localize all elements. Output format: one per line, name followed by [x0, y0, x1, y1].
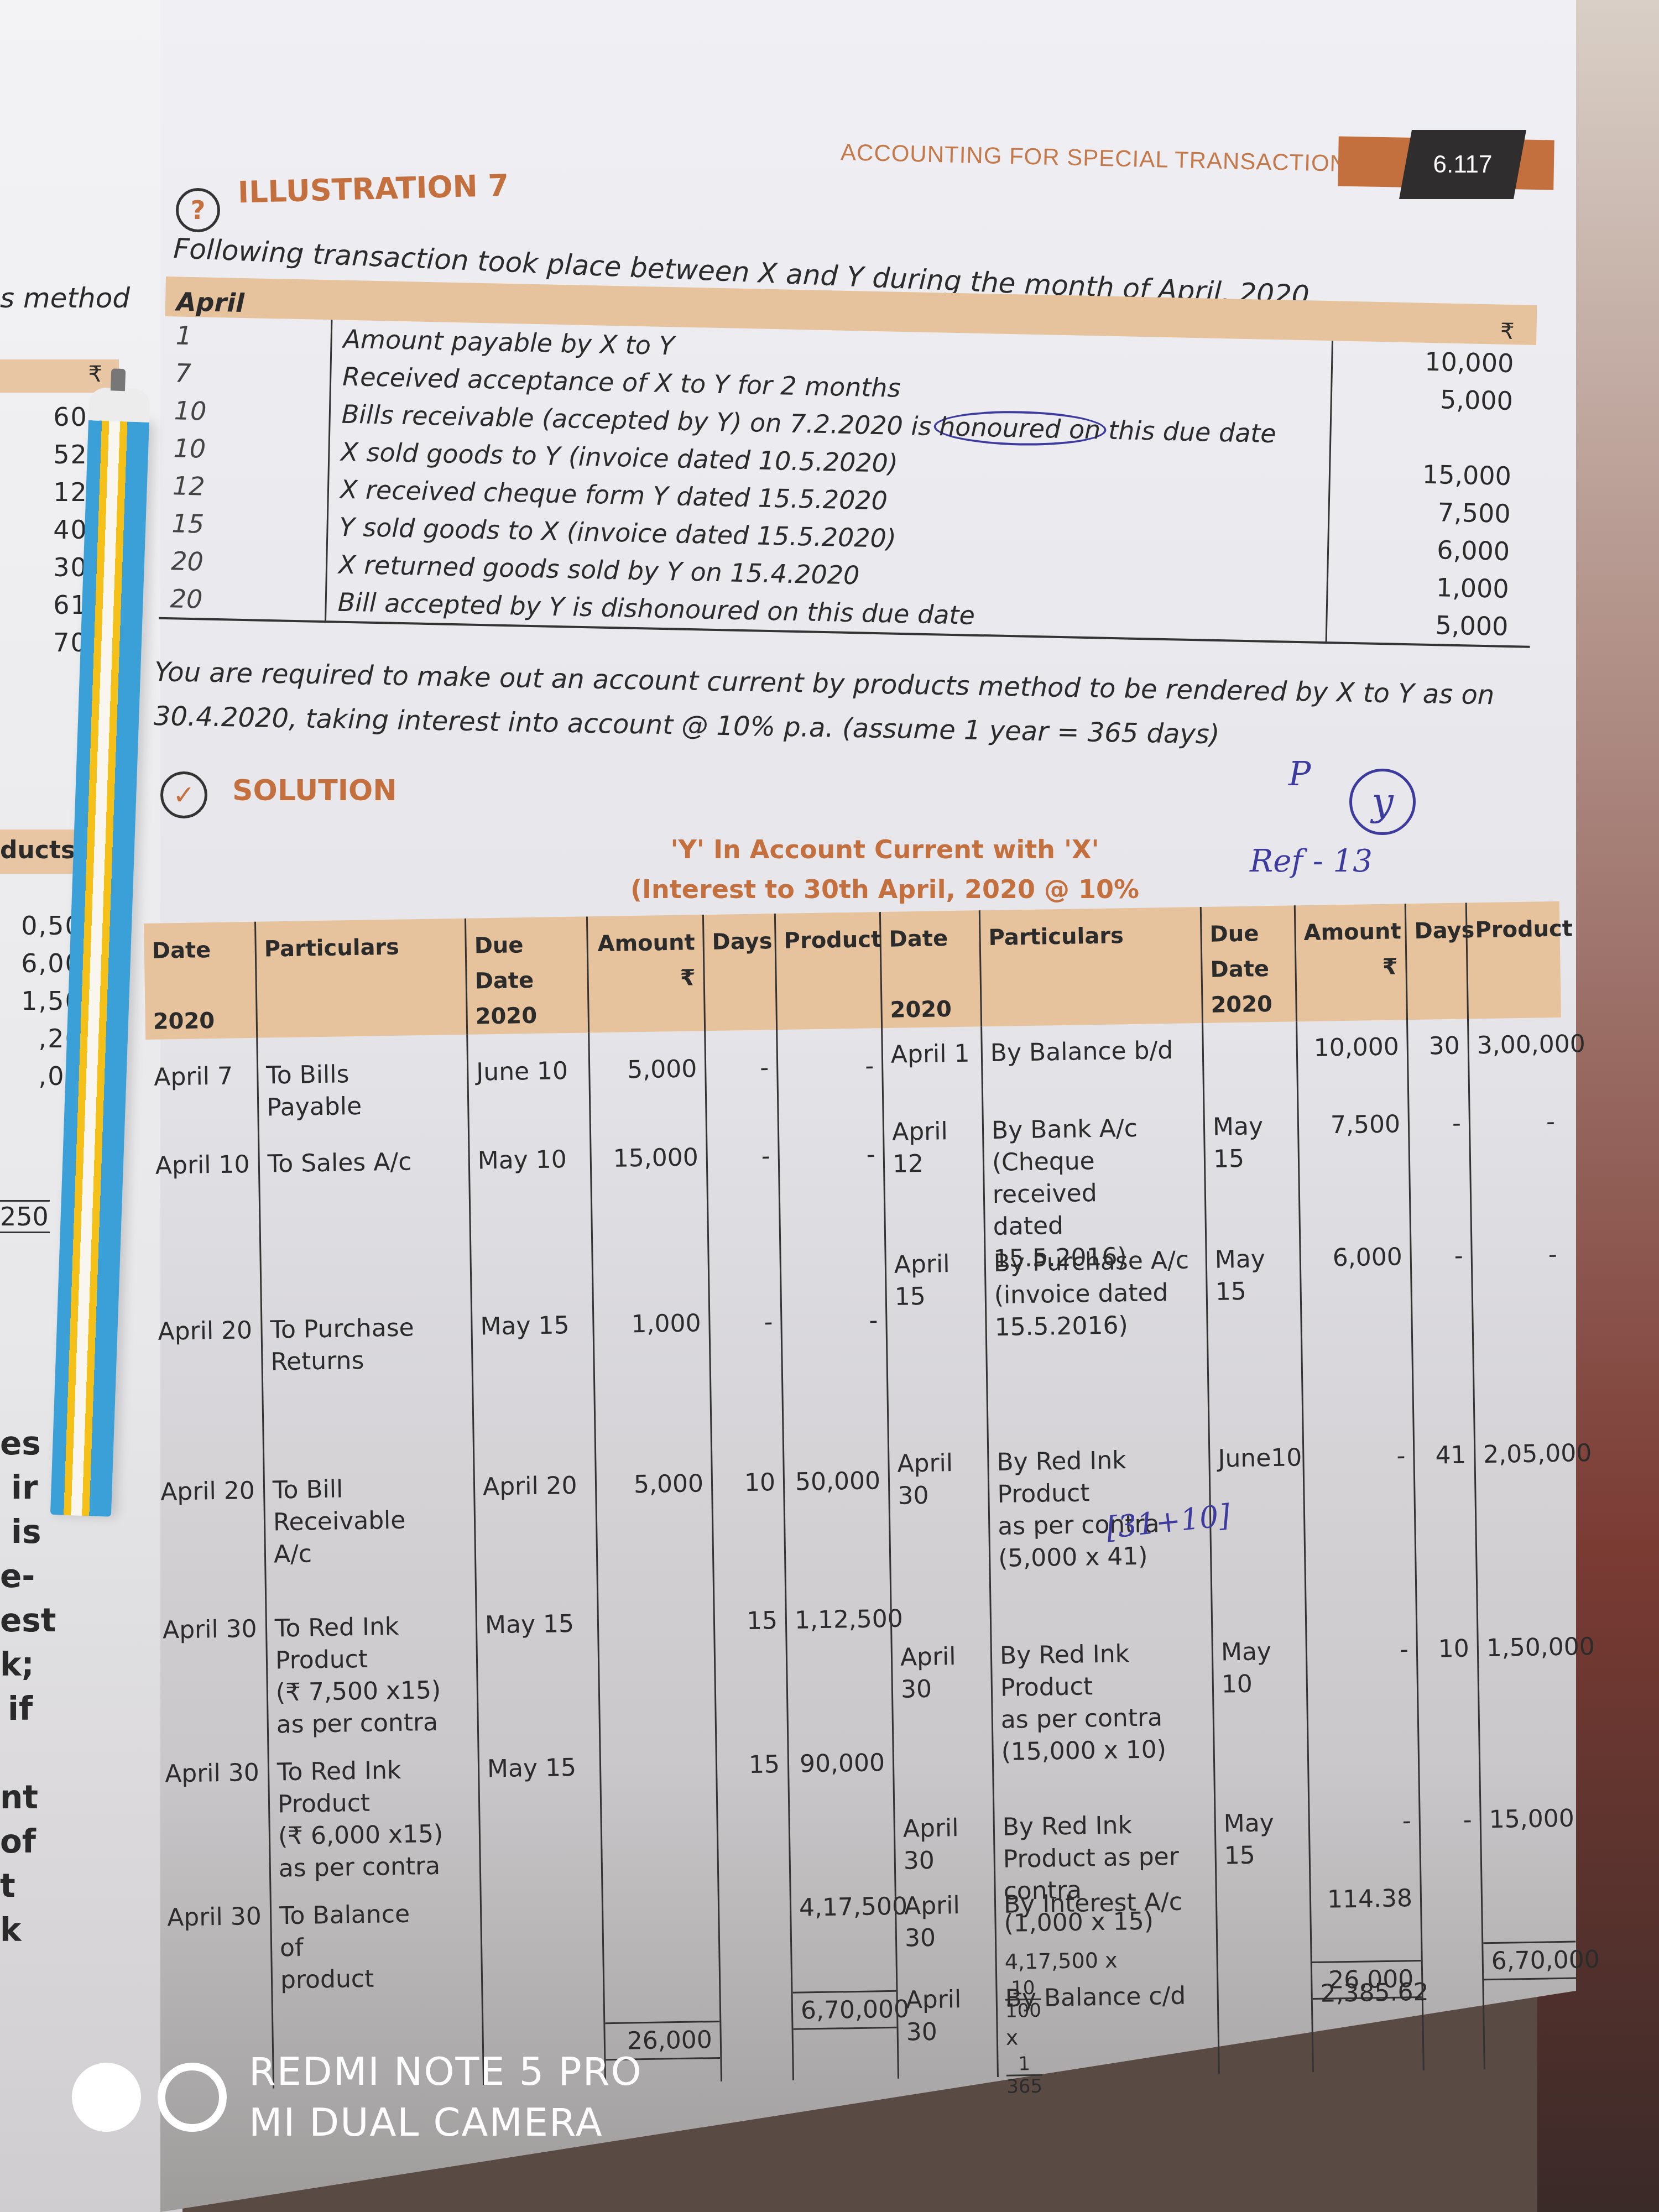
- question-icon: ?: [176, 188, 220, 232]
- watermark-text: REDMI NOTE 5 PRO MI DUAL CAMERA: [249, 2046, 643, 2148]
- credit-product-column: 6,70,000 3,00,000--2,05,0001,50,00015,00…: [1467, 1018, 1578, 2069]
- debit-particulars-cell: To Sales A/c: [259, 1145, 468, 1181]
- credit-days-cell: -: [1410, 1107, 1469, 1140]
- currency-symbol: ₹: [88, 362, 102, 387]
- debit-due-cell: June 10: [468, 1055, 589, 1088]
- credit-days-cell: 41: [1415, 1439, 1474, 1472]
- credit-due-column: May 15May 15June10May 10May 15: [1202, 1021, 1312, 2073]
- debit-days-cell: 15: [717, 1749, 788, 1782]
- credit-date-cell: April 30: [898, 1983, 997, 2049]
- currency-symbol: ₹: [1304, 949, 1398, 986]
- debit-days-cell: 10: [713, 1467, 784, 1500]
- debit-date-cell: April 30: [155, 1613, 266, 1647]
- credit-date-cell: April 30: [889, 1447, 988, 1512]
- header-particulars: Particulars: [254, 919, 466, 1038]
- debit-due-column: June 10May 10May 15April 20May 15May 15: [466, 1032, 604, 2085]
- text-fragment: est: [0, 1598, 56, 1642]
- amount-cell: 6,000: [1328, 529, 1532, 571]
- credit-date-cell: April 30: [893, 1640, 992, 1706]
- credit-due-cell: June10: [1210, 1442, 1303, 1475]
- credit-particulars-cell: By Purchase A/c (invoice dated 15.5.2016…: [985, 1244, 1207, 1344]
- handwritten-ref: Ref - 13: [1250, 843, 1373, 879]
- debit-particulars-cell: To Purchase Returns: [262, 1311, 472, 1379]
- debit-product-column: 6,70,000 ---50,0001,12,50090,0004,17,500: [776, 1028, 898, 2080]
- header-label: Date: [152, 932, 247, 969]
- credit-amount-cell: 10,000: [1297, 1031, 1407, 1065]
- debit-product-total: 6,70,000: [792, 1990, 896, 2030]
- illustration-title: ILLUSTRATION 7: [237, 168, 509, 210]
- debit-days-cell: -: [710, 1306, 781, 1339]
- ledger-body: April 7April 10April 20April 20April 30A…: [145, 1018, 1578, 2090]
- credit-amount-cell: 7,500: [1299, 1108, 1408, 1142]
- credit-due-cell: May 15: [1207, 1243, 1300, 1308]
- description-column: Amount payable by X to Y Received accept…: [325, 320, 1332, 641]
- header-year: 2020: [153, 1003, 248, 1040]
- day-cell: 10: [163, 392, 329, 432]
- credit-particulars-cell: By Balance c/d: [997, 1980, 1217, 2015]
- left-page-text-fragments: es ir is e- est k; if nt of t k: [0, 1421, 56, 1952]
- credit-date-column: April 1April 12April 15April 30April 30A…: [881, 1026, 997, 2079]
- day-cell: 10: [162, 429, 328, 470]
- credit-particulars-cell: By Red Ink Product as per contra (15,000…: [992, 1637, 1214, 1768]
- credit-amount-cell: -: [1310, 1805, 1419, 1839]
- text-fragment: ir: [0, 1465, 56, 1510]
- debit-particulars-cell: To Red Ink Product (₹ 6,000 x15) as per …: [269, 1754, 480, 1885]
- credit-due-cell: May 10: [1213, 1635, 1306, 1701]
- watermark-line: MI DUAL CAMERA: [249, 2097, 643, 2148]
- amount-cell: 5,000: [1332, 378, 1535, 420]
- header-year: 2020: [1211, 987, 1288, 1023]
- credit-due-cell: May 15: [1215, 1807, 1309, 1872]
- camera-watermark: REDMI NOTE 5 PRO MI DUAL CAMERA: [72, 2046, 643, 2148]
- header-label: Date: [1210, 951, 1287, 988]
- debit-due-cell: May 15: [479, 1751, 600, 1785]
- header-days: Days: [1405, 902, 1467, 1020]
- day-cell: 7: [164, 354, 330, 395]
- month-label: April: [165, 286, 331, 320]
- credit-amount-cell: 114.38: [1311, 1882, 1421, 1916]
- debit-product-cell: -: [779, 1139, 883, 1172]
- formula-times: x: [1005, 2025, 1018, 2049]
- credit-amount-cell: -: [1304, 1440, 1413, 1474]
- credit-amount-cell: 2,385.62: [1312, 1976, 1422, 2010]
- debit-product-cell: 50,000: [785, 1465, 889, 1499]
- handwritten-circled-y: y: [1349, 769, 1416, 835]
- debit-amount-cell: 15,000: [591, 1141, 706, 1175]
- credit-product-cell: 15,000: [1481, 1803, 1574, 1837]
- header-days: Days: [702, 914, 776, 1031]
- credit-date-cell: April 15: [886, 1248, 985, 1313]
- debit-amount-cell: 5,000: [590, 1053, 705, 1087]
- account-current-ledger: Date 2020 Particulars DueDate2020 Amount…: [144, 901, 1578, 2090]
- debit-product-cell: 4,17,500: [791, 1891, 895, 1924]
- credit-amount-column: 26,000 10,0007,5006,000---114.382,385.62: [1296, 1020, 1423, 2072]
- header-label: Amount: [1303, 914, 1397, 951]
- debit-product-cell: -: [782, 1305, 886, 1338]
- debit-due-cell: May 10: [469, 1143, 590, 1177]
- text-fragment: k;: [0, 1642, 56, 1687]
- day-cell: 20: [160, 542, 326, 583]
- debit-particulars-cell: To Red Ink Product (₹ 7,500 x15) as per …: [267, 1610, 478, 1741]
- credit-days-cell: -: [1420, 1804, 1480, 1837]
- credit-days-cell: 10: [1417, 1632, 1477, 1666]
- credit-days-cell: -: [1411, 1240, 1471, 1273]
- text-fragment: es: [0, 1421, 56, 1465]
- amount-cell: 10,000: [1333, 341, 1536, 383]
- credit-due-cell: May 15: [1205, 1110, 1298, 1176]
- currency-symbol: ₹: [596, 960, 696, 997]
- amount-cell: 5,000: [1327, 604, 1531, 646]
- day-column: 1 7 10 10 12 15 20 20: [159, 316, 331, 620]
- header-particulars: Particulars: [979, 907, 1202, 1026]
- debit-particulars-cell: To Balance of product: [272, 1897, 482, 1997]
- debit-particulars-cell: To Bill Receivable A/c: [265, 1472, 475, 1571]
- credit-date-cell: April 12: [884, 1115, 983, 1181]
- debit-due-cell: May 15: [472, 1309, 593, 1343]
- fraction-denominator: 365: [1006, 2076, 1042, 2098]
- debit-date-cell: April 10: [147, 1149, 258, 1182]
- credit-amount-cell: 6,000: [1301, 1241, 1410, 1275]
- text-fragment: e-: [0, 1554, 56, 1598]
- left-page-heading: s method: [0, 282, 130, 314]
- credit-product-total: 6,70,000: [1483, 1941, 1576, 1981]
- debit-particulars-cell: To Bills Payable: [258, 1057, 468, 1124]
- transactions-table: April ₹ 1 7 10 10 12 15 20 20 Amount pay…: [159, 276, 1537, 648]
- header-label: Amount: [596, 925, 695, 962]
- credit-product-cell: -: [1470, 1106, 1563, 1140]
- header-due-date: DueDate2020: [465, 916, 588, 1034]
- credit-particulars-cell: By Interest A/c: [996, 1886, 1216, 1921]
- credit-product-cell: -: [1472, 1239, 1565, 1272]
- checkmark-icon: ✓: [160, 771, 207, 818]
- debit-particulars-column: To Bills PayableTo Sales A/cTo Purchase …: [256, 1035, 483, 2089]
- credit-product-cell: 3,00,000: [1469, 1029, 1562, 1062]
- header-label: Due: [1209, 916, 1287, 952]
- solution-title: SOLUTION: [232, 774, 397, 807]
- page-number: 6.117: [1399, 130, 1526, 199]
- watermark-line: REDMI NOTE 5 PRO: [249, 2046, 643, 2097]
- debit-due-cell: April 20: [475, 1469, 596, 1503]
- header-label: Date: [889, 920, 972, 957]
- debit-product-cell: -: [778, 1050, 882, 1084]
- left-bottom-value: 250: [0, 1200, 50, 1233]
- handwritten-p: P: [1288, 755, 1311, 794]
- formula-base: 4,17,500 x: [1004, 1948, 1117, 1974]
- header-label: Date: [474, 962, 580, 999]
- debit-product-cell: 1,12,500: [786, 1603, 890, 1637]
- credit-date-cell: April 30: [896, 1889, 995, 1955]
- handwritten-circle: honoured on: [933, 409, 1107, 447]
- description-text: this due date: [1108, 415, 1277, 448]
- header-product: Product: [1465, 901, 1561, 1019]
- text-fragment: t: [0, 1864, 56, 1908]
- header-date: Date 2020: [879, 910, 980, 1028]
- header-amount: Amount₹: [586, 915, 704, 1032]
- credit-date-cell: April 1: [883, 1037, 981, 1071]
- fraction-numerator: 1: [1006, 2053, 1042, 2077]
- header-amount: Amount₹: [1294, 904, 1406, 1021]
- camera-ring-icon: [158, 2063, 227, 2132]
- debit-days-cell: -: [706, 1052, 777, 1085]
- amount-cell: 15,000: [1330, 453, 1533, 495]
- header-year: 2020: [475, 998, 580, 1035]
- debit-date-column: April 7April 10April 20April 20April 30A…: [145, 1038, 273, 2090]
- debit-amount-cell: 1,000: [594, 1307, 709, 1341]
- amount-cell: [1331, 416, 1535, 458]
- debit-days-cell: 15: [715, 1605, 786, 1638]
- transactions-body: 1 7 10 10 12 15 20 20 Amount payable by …: [159, 316, 1536, 648]
- debit-date-cell: April 7: [146, 1060, 257, 1094]
- account-title-line: 'Y' In Account Current with 'X': [608, 830, 1161, 869]
- text-fragment: nt: [0, 1775, 56, 1819]
- text-fragment: is: [0, 1510, 56, 1554]
- day-cell: 12: [161, 467, 327, 508]
- currency-symbol: ₹: [1332, 315, 1537, 345]
- fraction: 1365: [1006, 2053, 1042, 2098]
- ledger-header: Date 2020 Particulars DueDate2020 Amount…: [144, 901, 1561, 1040]
- header-label: Due: [474, 927, 579, 964]
- header-year: 2020: [890, 991, 973, 1027]
- debit-amount-column: 26,000 5,00015,0001,0005,000: [588, 1031, 721, 2083]
- credit-date-cell: April 30: [895, 1812, 994, 1877]
- amount-cell: 1,000: [1328, 566, 1531, 608]
- debit-days-cell: -: [707, 1140, 778, 1173]
- debit-product-cell: 90,000: [789, 1747, 893, 1781]
- debit-date-cell: April 30: [159, 1901, 270, 1934]
- amount-cell: 7,500: [1329, 491, 1533, 533]
- header-due-date: DueDate2020: [1200, 905, 1296, 1023]
- camera-dot-icon: [72, 2063, 141, 2132]
- day-cell: 20: [159, 580, 325, 620]
- credit-product-cell: 1,50,000: [1478, 1631, 1571, 1665]
- credit-amount-cell: -: [1307, 1634, 1416, 1667]
- text-fragment: if: [0, 1687, 56, 1731]
- text-fragment: k: [0, 1908, 56, 1952]
- header-date: Date 2020: [144, 922, 256, 1040]
- debit-due-cell: May 15: [477, 1608, 598, 1641]
- amount-column: 10,000 5,000 15,000 7,500 6,000 1,000 5,…: [1326, 341, 1536, 646]
- day-cell: 15: [160, 504, 327, 545]
- debit-date-cell: April 20: [150, 1314, 261, 1348]
- credit-particulars-column: 4,17,500 x 10100 x 1365 By Balance b/dBy…: [980, 1023, 1218, 2077]
- credit-product-cell: 2,05,000: [1475, 1438, 1568, 1472]
- text-fragment: of: [0, 1819, 56, 1864]
- credit-particulars-cell: By Balance b/d: [982, 1034, 1202, 1070]
- credit-days-cell: 30: [1408, 1030, 1468, 1063]
- debit-date-cell: April 30: [157, 1757, 268, 1791]
- debit-amount-cell: 5,000: [597, 1468, 712, 1501]
- debit-date-cell: April 20: [153, 1475, 264, 1509]
- text-fragment: [0, 1731, 56, 1775]
- header-product: Product: [774, 912, 881, 1030]
- left-products-label: ducts: [0, 836, 75, 864]
- day-cell: 1: [164, 316, 331, 357]
